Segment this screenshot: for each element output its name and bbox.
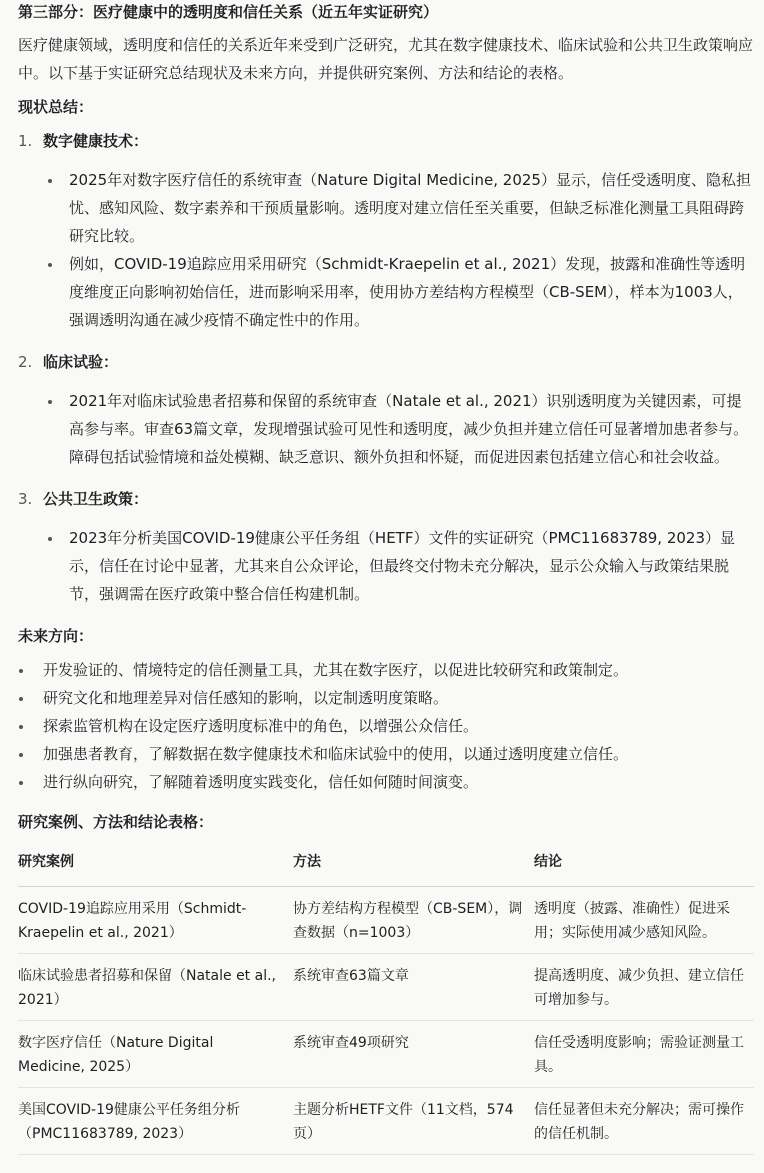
bullet-text: 2025年对数字医疗信任的系统审查（Nature Digital Medicin… (43, 166, 754, 250)
item-number: 1. (18, 129, 43, 153)
future-item: 加强患者教育，了解数据在数字健康技术和临床试验中的使用，以通过透明度建立信任。 (18, 740, 754, 768)
table-row: 数字医疗信任（Nature Digital Medicine, 2025） 系统… (18, 1021, 754, 1088)
table-row: 临床试验患者招募和保留（Natale et al., 2021） 系统审查63篇… (18, 954, 754, 1021)
cell-conclusion: 透明度（披露、准确性）促进采用；实际使用减少感知风险。 (534, 887, 754, 954)
item-number: 3. (18, 487, 43, 511)
future-item: 探索监管机构在设定医疗透明度标准中的角色，以增强公众信任。 (18, 712, 754, 740)
cell-case: 临床试验患者招募和保留（Natale et al., 2021） (18, 954, 293, 1021)
cell-case: 美国COVID-19健康公平任务组分析（PMC11683789, 2023） (18, 1088, 293, 1155)
cell-method: 协方差结构方程模型（CB-SEM），调查数据（n=1003） (293, 887, 534, 954)
cell-method: 系统审查63篇文章 (293, 954, 534, 1021)
column-header-method: 方法 (293, 840, 534, 887)
item-label: 数字健康技术： (43, 129, 148, 153)
status-item-digital-health: 1. 数字健康技术： 2025年对数字医疗信任的系统审查（Nature Digi… (18, 129, 754, 334)
cell-conclusion: 信任受透明度影响；需验证测量工具。 (534, 1021, 754, 1088)
bullet-text: 例如，COVID-19追踪应用采用研究（Schmidt-Kraepelin et… (43, 250, 754, 334)
table-row: 美国COVID-19健康公平任务组分析（PMC11683789, 2023） 主… (18, 1088, 754, 1155)
column-header-case: 研究案例 (18, 840, 293, 887)
table-row: COVID-19追踪应用采用（Schmidt-Kraepelin et al.,… (18, 887, 754, 954)
item-label: 临床试验： (43, 350, 118, 374)
table-heading: 研究案例、方法和结论表格： (18, 810, 754, 834)
document-page: 第三部分：医疗健康中的透明度和信任关系（近五年实证研究） 医疗健康领域，透明度和… (0, 0, 764, 1155)
cell-conclusion: 信任显著但未充分解决；需可操作的信任机制。 (534, 1088, 754, 1155)
item-label: 公共卫生政策： (43, 487, 148, 511)
future-item: 开发验证的、情境特定的信任测量工具，尤其在数字医疗，以促进比较研究和政策制定。 (18, 656, 754, 684)
future-heading: 未来方向： (18, 624, 754, 648)
study-table: 研究案例 方法 结论 COVID-19追踪应用采用（Schmidt-Kraepe… (18, 840, 754, 1155)
cell-method: 主题分析HETF文件（11文档，574页） (293, 1088, 534, 1155)
table-header-row: 研究案例 方法 结论 (18, 840, 754, 887)
cell-method: 系统审查49项研究 (293, 1021, 534, 1088)
future-item: 进行纵向研究，了解随着透明度实践变化，信任如何随时间演变。 (18, 768, 754, 796)
cell-conclusion: 提高透明度、减少负担、建立信任可增加参与。 (534, 954, 754, 1021)
column-header-conclusion: 结论 (534, 840, 754, 887)
bullet-text: 2021年对临床试验患者招募和保留的系统审查（Natale et al., 20… (43, 387, 754, 471)
cell-case: 数字医疗信任（Nature Digital Medicine, 2025） (18, 1021, 293, 1088)
status-list: 1. 数字健康技术： 2025年对数字医疗信任的系统审查（Nature Digi… (18, 129, 754, 608)
intro-paragraph: 医疗健康领域，透明度和信任的关系近年来受到广泛研究，尤其在数字健康技术、临床试验… (18, 31, 754, 87)
status-item-public-health: 3. 公共卫生政策： 2023年分析美国COVID-19健康公平任务组（HETF… (18, 487, 754, 608)
future-list: 开发验证的、情境特定的信任测量工具，尤其在数字医疗，以促进比较研究和政策制定。 … (18, 656, 754, 796)
section-title: 第三部分：医疗健康中的透明度和信任关系（近五年实证研究） (18, 0, 754, 24)
bullet-text: 2023年分析美国COVID-19健康公平任务组（HETF）文件的实证研究（PM… (43, 524, 754, 608)
cell-case: COVID-19追踪应用采用（Schmidt-Kraepelin et al.,… (18, 887, 293, 954)
future-item: 研究文化和地理差异对信任感知的影响，以定制透明度策略。 (18, 684, 754, 712)
status-heading: 现状总结： (18, 95, 754, 119)
status-item-clinical-trials: 2. 临床试验： 2021年对临床试验患者招募和保留的系统审查（Natale e… (18, 350, 754, 471)
item-number: 2. (18, 350, 43, 374)
